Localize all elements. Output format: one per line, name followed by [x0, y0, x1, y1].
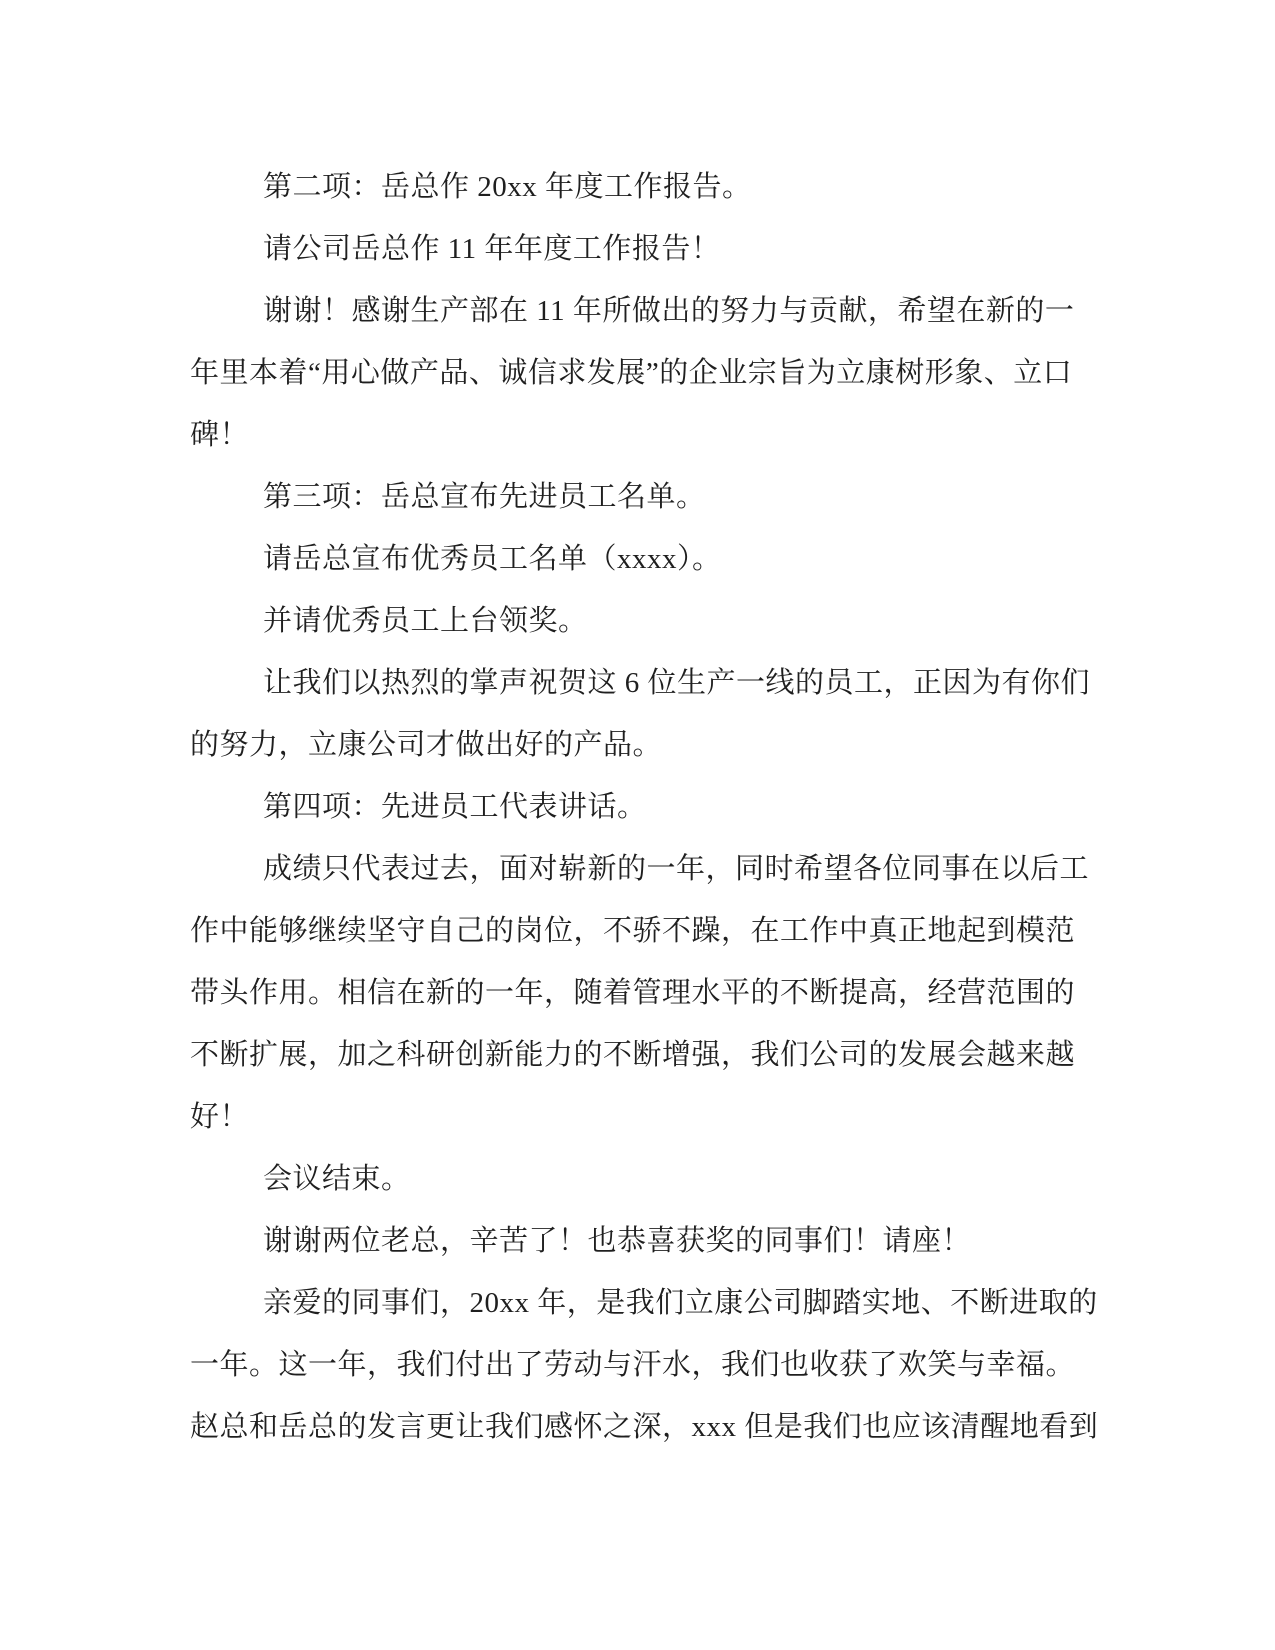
- text-line: 亲爱的同事们，20xx 年，是我们立康公司脚踏实地、不断进取的: [190, 1272, 1120, 1334]
- text-line: 第三项：岳总宣布先进员工名单。: [190, 466, 1120, 528]
- text-line: 带头作用。相信在新的一年，随着管理水平的不断提高，经营范围的: [190, 962, 1120, 1024]
- text-line: 一年。这一年，我们付出了劳动与汗水，我们也收获了欢笑与幸福。: [190, 1334, 1120, 1396]
- text-line: 碑！: [190, 404, 1120, 466]
- text-line: 不断扩展，加之科研创新能力的不断增强，我们公司的发展会越来越: [190, 1024, 1120, 1086]
- text-line: 谢谢两位老总，辛苦了！也恭喜获奖的同事们！请座！: [190, 1210, 1120, 1272]
- text-line: 第四项：先进员工代表讲话。: [190, 776, 1120, 838]
- text-line: 请岳总宣布优秀员工名单（xxxx）。: [190, 528, 1120, 590]
- text-line: 让我们以热烈的掌声祝贺这 6 位生产一线的员工，正因为有你们: [190, 652, 1120, 714]
- text-line: 好！: [190, 1086, 1120, 1148]
- document-page: 第二项：岳总作 20xx 年度工作报告。请公司岳总作 11 年年度工作报告！谢谢…: [0, 0, 1275, 1650]
- text-line: 年里本着“用心做产品、诚信求发展”的企业宗旨为立康树形象、立口: [190, 342, 1120, 404]
- text-line: 并请优秀员工上台领奖。: [190, 590, 1120, 652]
- text-line: 第二项：岳总作 20xx 年度工作报告。: [190, 156, 1120, 218]
- text-line: 成绩只代表过去，面对崭新的一年，同时希望各位同事在以后工: [190, 838, 1120, 900]
- text-line: 会议结束。: [190, 1148, 1120, 1210]
- text-line: 作中能够继续坚守自己的岗位，不骄不躁，在工作中真正地起到模范: [190, 900, 1120, 962]
- text-line: 请公司岳总作 11 年年度工作报告！: [190, 218, 1120, 280]
- document-body: 第二项：岳总作 20xx 年度工作报告。请公司岳总作 11 年年度工作报告！谢谢…: [190, 156, 1120, 1458]
- text-line: 赵总和岳总的发言更让我们感怀之深，xxx 但是我们也应该清醒地看到: [190, 1396, 1120, 1458]
- text-line: 谢谢！感谢生产部在 11 年所做出的努力与贡献，希望在新的一: [190, 280, 1120, 342]
- text-line: 的努力，立康公司才做出好的产品。: [190, 714, 1120, 776]
